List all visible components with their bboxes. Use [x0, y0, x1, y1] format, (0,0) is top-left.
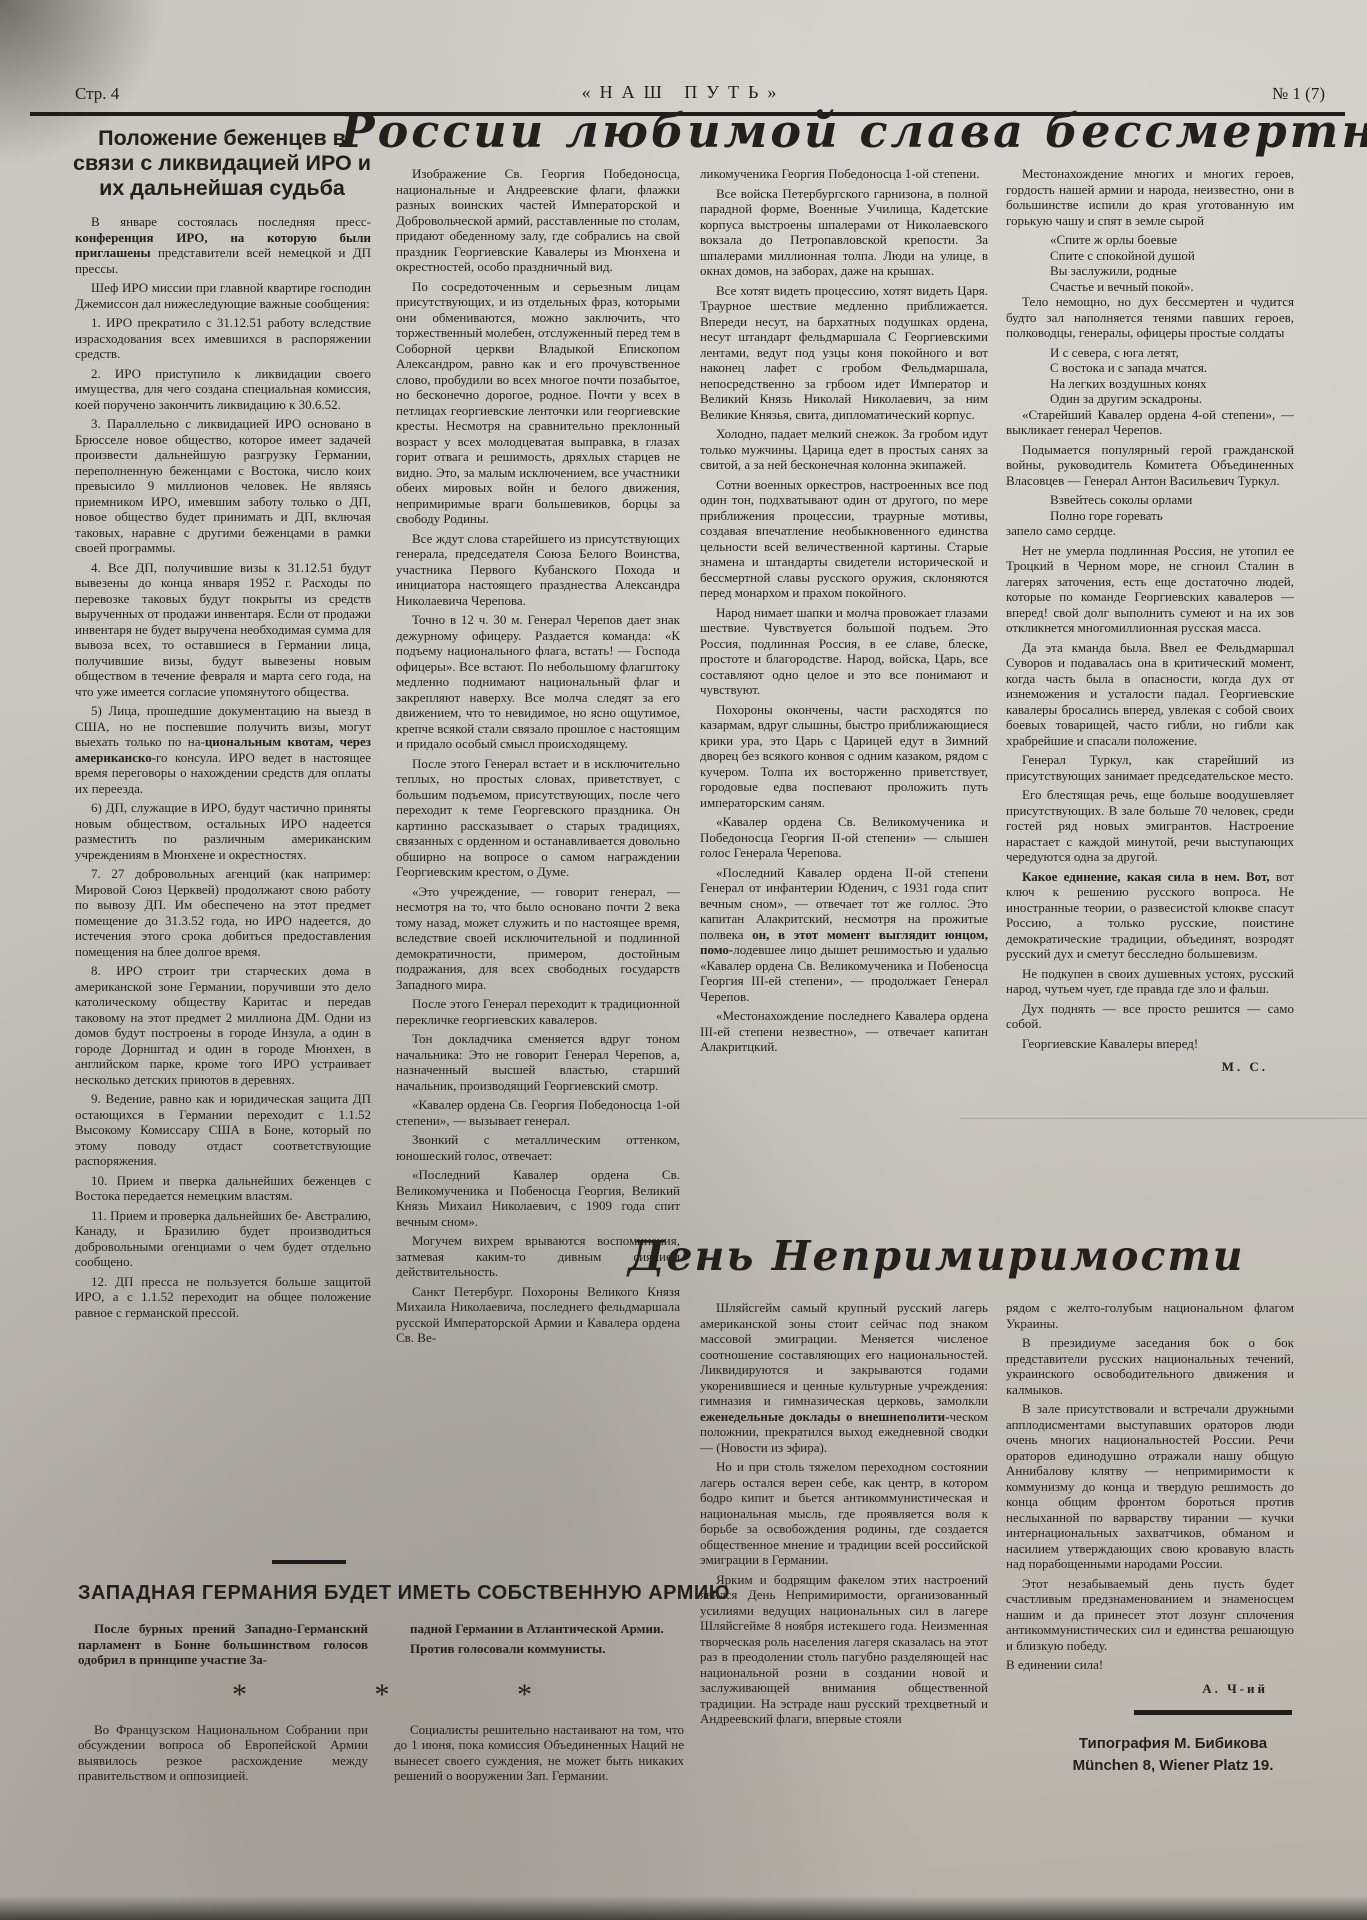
paragraph: 5) Лица, прошедшие документацию на выезд… — [75, 703, 371, 796]
paragraph: Дух поднять — все просто решится — само … — [1006, 1001, 1294, 1032]
paragraph: «Последний Кавалер ордена II-ой степени … — [700, 865, 988, 1005]
verse-line: Вы заслужили, родные — [1050, 263, 1294, 279]
germany-col-right-bottom: Социалисты решительно настаивают на том,… — [394, 1722, 684, 1788]
paragraph: По сосредоточенным и серьезным лицам при… — [396, 279, 680, 527]
den-article-col-left: Шляйсгейм самый крупный русский лагерь а… — [700, 1300, 988, 1731]
main-article-col-3: ликомученика Георгия Победоносца 1-ой ст… — [700, 166, 988, 1234]
paragraph: 12. ДП пресса не пользуется больше защит… — [75, 1274, 371, 1321]
paragraph: 2. ИРО приступило к ликвидации своего им… — [75, 366, 371, 413]
paragraph: Холодно, падает мелкий снежок. За гробом… — [700, 426, 988, 473]
paragraph: Генерал Туркул, как старейший из присутс… — [1006, 752, 1294, 783]
paragraph-bold: падной Германии в Атлантической Армии. — [394, 1621, 684, 1637]
paragraph: Шеф ИРО миссии при главной квартире госп… — [75, 280, 371, 311]
verse-line: Спите с спокойной душой — [1050, 248, 1294, 264]
issue-number: № 1 (7) — [1272, 84, 1325, 104]
paragraph: «Старейший Кавалер ордена 4-ой степени»,… — [1006, 407, 1294, 438]
iro-article-body: В январе состоялась последняя пресс-конф… — [75, 214, 371, 1324]
verse-line: Взвейтесь соколы орлами — [1050, 492, 1294, 508]
paragraph: Местонахождение многих и многих героев, … — [1006, 166, 1294, 228]
imprint-line-2: München 8, Wiener Platz 19. — [1052, 1755, 1294, 1777]
paragraph: Какое единение, какая сила в нем. Вот, в… — [1006, 869, 1294, 962]
paragraph: 1. ИРО прекратило с 31.12.51 работу всле… — [75, 315, 371, 362]
paragraph: В единении сила! — [1006, 1657, 1294, 1673]
paragraph: Все войска Петербургского гарнизона, в п… — [700, 186, 988, 279]
paragraph: Георгиевские Кавалеры вперед! — [1006, 1036, 1294, 1052]
imprint: Типография М. Бибикова München 8, Wiener… — [1006, 1733, 1294, 1777]
iro-article-title: Положение беженцев в связи с ликвидацией… — [72, 126, 372, 201]
paragraph: Но и при столь тяжелом переходном состоя… — [700, 1459, 988, 1568]
paragraph: Народ нимает шапки и молча провожает гла… — [700, 605, 988, 698]
paragraph: Изображение Св. Георгия Победоносца, нац… — [396, 166, 680, 275]
germany-article: ЗАПАДНАЯ ГЕРМАНИЯ БУДЕТ ИМЕТЬ СОБСТВЕННУ… — [78, 1582, 686, 1788]
paper-crease — [960, 1116, 1367, 1119]
masthead: «НАШ ПУТЬ» — [0, 82, 1367, 103]
paragraph: Шляйсгейм самый крупный русский лагерь а… — [700, 1300, 988, 1455]
paragraph: Все ждут слова старейшего из присутствую… — [396, 531, 680, 609]
paragraph: Тон докладчика сменяется вдруг тоном нач… — [396, 1031, 680, 1093]
paragraph: Сотни военных оркестров, настроенных все… — [700, 477, 988, 601]
paragraph: рядом с желто-голубым национальном флаго… — [1006, 1300, 1294, 1331]
paragraph: Во Французском Национальном Собрании при… — [78, 1722, 368, 1784]
paragraph: В январе состоялась последняя пресс-конф… — [75, 214, 371, 276]
paragraph: Похороны окончены, части расходятся по к… — [700, 702, 988, 811]
verse-line: Один за другим эскадроны. — [1050, 391, 1294, 407]
verse-line: На легких воздушных конях — [1050, 376, 1294, 392]
paragraph: 11. Прием и проверка дальнейших бе- Авст… — [75, 1208, 371, 1270]
paragraph: «Последний Кавалер ордена Св. Великомуче… — [396, 1167, 680, 1229]
paragraph: 9. Ведение, равно как и юридическая защи… — [75, 1091, 371, 1169]
paragraph: 10. Прием и пверка дальнейших беженцев с… — [75, 1173, 371, 1204]
paragraph: Да эта кманда была. Ввел ее Фельдмаршал … — [1006, 640, 1294, 749]
verse-line: Счастье и вечный покой». — [1050, 279, 1294, 295]
den-article-headline: День Непримиримости — [628, 1232, 1098, 1280]
newspaper-page: Стр. 4 «НАШ ПУТЬ» № 1 (7) Положение беже… — [0, 0, 1367, 1920]
main-article-col-2: Изображение Св. Георгия Победоносца, нац… — [396, 166, 680, 1350]
main-article-headline: России любимой слава бессмертная — [340, 104, 1335, 158]
paragraph: «Кавалер ордена Св. Великомученика и Поб… — [700, 814, 988, 861]
den-article-col-right-text: рядом с желто-голубым национальном флаго… — [1006, 1300, 1294, 1696]
paragraph: ликомученика Георгия Победоносца 1-ой ст… — [700, 166, 988, 182]
paragraph: 3. Параллельно с ликвидацией ИРО основан… — [75, 416, 371, 556]
paragraph: После этого Генерал встает и в исключите… — [396, 756, 680, 880]
paragraph: Все хотят видеть процессию, хотят видеть… — [700, 283, 988, 423]
paragraph: В президиуме заседания бок о бок предста… — [1006, 1335, 1294, 1397]
main-article-col-4: Местонахождение многих и многих героев, … — [1006, 166, 1294, 1234]
paragraph: 4. Все ДП, получившие визы к 31.12.51 бу… — [75, 560, 371, 700]
verse-line: И с севера, с юга летят, — [1050, 345, 1294, 361]
germany-col-left-bottom: Во Французском Национальном Собрании при… — [78, 1722, 368, 1788]
paragraph: «Это учреждение, — говорит генерал, — не… — [396, 884, 680, 993]
paragraph: Подымается популярный герой гражданской … — [1006, 442, 1294, 489]
paragraph: Точно в 12 ч. 30 м. Генерал Черепов дает… — [396, 612, 680, 752]
den-article-col-right: рядом с желто-голубым национальном флаго… — [1006, 1300, 1294, 1777]
germany-article-headline: ЗАПАДНАЯ ГЕРМАНИЯ БУДЕТ ИМЕТЬ СОБСТВЕННУ… — [78, 1582, 686, 1605]
paragraph: Социалисты решительно настаивают на том,… — [394, 1722, 684, 1784]
section-asterisks: * * * — [78, 1678, 686, 1712]
paragraph: 7. 27 добровольных агенций (как например… — [75, 866, 371, 959]
page-bottom-shadow — [0, 1896, 1367, 1920]
paragraph: Санкт Петербург. Похороны Великого Князя… — [396, 1284, 680, 1346]
verse-line: «Спите ж орлы боевые — [1050, 232, 1294, 248]
paragraph: «Кавалер ордена Св. Георгия Победоносца … — [396, 1097, 680, 1128]
signature: А. Ч-ий — [1006, 1681, 1294, 1697]
germany-col-right-top: падной Германии в Атлантической Армии.Пр… — [394, 1621, 684, 1672]
paragraph: Нет не умерла подлинная Россия, не утопи… — [1006, 543, 1294, 636]
paragraph: Его блестящая речь, еще больше воодушевл… — [1006, 787, 1294, 865]
paragraph: В зале присутствовали и встречали дружны… — [1006, 1401, 1294, 1572]
paragraph: После этого Генерал переходит к традицио… — [396, 996, 680, 1027]
paragraph: запело само сердце. — [1006, 523, 1294, 539]
paragraph-bold: Против голосовали коммунисты. — [394, 1641, 684, 1657]
verse-line: С востока и с запада мчатся. — [1050, 360, 1294, 376]
paragraph: Этот незабываемый день пусть будет счаст… — [1006, 1576, 1294, 1654]
iro-end-rule — [272, 1560, 346, 1564]
paragraph: Ярким и бодрящим факелом этих настроений… — [700, 1572, 988, 1727]
paragraph: 6) ДП, служащие в ИРО, будут частично пр… — [75, 800, 371, 862]
signature: М. С. — [1006, 1059, 1294, 1075]
paragraph: «Местонахождение последнего Кавалера орд… — [700, 1008, 988, 1055]
verse-line: Полно горе горевать — [1050, 508, 1294, 524]
imprint-rule — [1134, 1710, 1292, 1715]
paragraph-bold: После бурных прений Западно-Германский п… — [78, 1621, 368, 1668]
paragraph: Тело немощно, но дух бессмертен и чудитс… — [1006, 294, 1294, 341]
paragraph: 8. ИРО строит три старческих дома в амер… — [75, 963, 371, 1087]
paragraph: Не подкупен в своих душевных устоях, рус… — [1006, 966, 1294, 997]
germany-col-left-top: После бурных прений Западно-Германский п… — [78, 1621, 368, 1672]
imprint-line-1: Типография М. Бибикова — [1052, 1733, 1294, 1755]
paragraph: Звонкий с металлическим оттенком, юношес… — [396, 1132, 680, 1163]
